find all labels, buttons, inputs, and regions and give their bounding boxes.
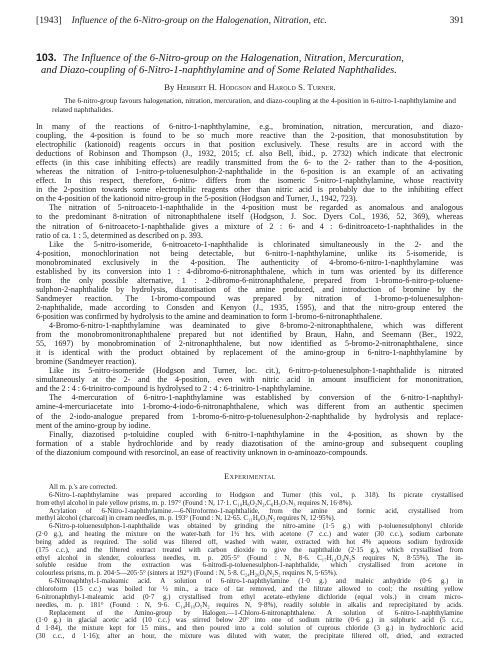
text-line: All m. p.'s are corrected. [36, 484, 463, 492]
text-line: whereas the nitration of 1-nitro-p-tolue… [36, 167, 463, 176]
text-line: 6-position was confirmed by hydrolysis t… [36, 312, 463, 321]
article-title-line-1: 103.The Influence of the 6-Nitro-group o… [36, 52, 464, 65]
section-heading-experimental: Experimental [0, 472, 500, 481]
article-number: 103. [36, 52, 57, 64]
text-line: 4-position, monochlorination not being d… [36, 249, 463, 258]
author-hodgson: Herbert H. Hodgson [177, 82, 252, 92]
text-line: from the only possible alternative, 1 : … [36, 276, 463, 285]
text-line: on the 4-position of the kationoid nitro… [36, 194, 463, 203]
text-line: in the 2-position towards some electroph… [36, 185, 463, 194]
text-line: electrophilic (kationoid) reagents occur… [36, 140, 463, 149]
text-line: effects (in this case inhibiting effects… [36, 158, 463, 167]
article-title-line-2: and Diazo-coupling of 6-Nitro-1-naphthyl… [36, 65, 464, 77]
text-line: needles, m. p. 181° (Found : N, 9·6. C₁₄… [36, 602, 463, 610]
text-line: ratio of ca. 1 : 5, determined as descri… [36, 231, 463, 240]
body-text: In many of the reactions of 6-nitro-1-na… [36, 122, 463, 457]
text-line: (1·0 g.) in glacial acetic acid (10 c.c.… [36, 617, 463, 625]
text-line: ethyl alcohol in slender, colourless nee… [36, 555, 463, 563]
text-line: established by its conversion into 1 : 4… [36, 267, 463, 276]
text-line: Like the 5-nitro-isomeride, 6-nitroaceto… [36, 240, 463, 249]
text-line: bromine (Sandmeyer reaction). [36, 357, 463, 366]
running-head-title: Influence of the 6-Nitro-group on the Ha… [72, 15, 450, 26]
text-line: 6-nitronaphthyl-1-maleamic acid (0·7 g.)… [36, 594, 463, 602]
running-head-year: [1943] [36, 15, 62, 26]
text-line: soluble residue from the extraction was … [36, 562, 463, 570]
text-line: effect. In this respect, therefore, 6-ni… [36, 176, 463, 185]
text-line: 6-Nitro-1-naphthylamine was prepared acc… [36, 492, 463, 500]
text-line: from the monobromonitronaphthalene prepa… [36, 330, 463, 339]
abstract: The 6-nitro-group favours halogenation, … [52, 97, 456, 114]
text-line: the nitration of 6-nitroaceto-1-naphthal… [36, 222, 463, 231]
text-line: monobrominated exclusively in the 4-posi… [36, 258, 463, 267]
text-line: The nitration of 5-nitroaceto-1-naphthal… [36, 203, 463, 212]
text-line: it is identical with the product obtaine… [36, 348, 463, 357]
journal-page: [1943] Influence of the 6-Nitro-group on… [0, 0, 500, 672]
text-line: 55, 1697) by monobromination of 2-nitron… [36, 339, 463, 348]
text-line: In many of the reactions of 6-nitro-1-na… [36, 122, 463, 131]
page-number: 391 [450, 15, 464, 26]
text-line: 2-naphthalide, made according to Consden… [36, 303, 463, 312]
author-byline: By Herbert H. Hodgson and Harold S. Turn… [0, 82, 500, 92]
article-title: 103.The Influence of the 6-Nitro-group o… [36, 52, 464, 77]
text-line: coupling, the 4-position is found to be … [36, 131, 463, 140]
text-line: d 1·84), the mixture kept for 15 mins., … [36, 625, 463, 633]
text-line: amine-4-mercuriacetate into 1-bromo-4-io… [36, 402, 463, 411]
text-line: 4-Bromo-6-nitro-1-naphthylamine was deam… [36, 321, 463, 330]
text-line: to the predominant 8-nitration of nitron… [36, 212, 463, 221]
text-line: Acylation of 6-Nitro-1-naphthylamine.—6-… [36, 508, 463, 516]
author-turner: Harold S. Turner. [268, 82, 335, 92]
running-head: [1943] Influence of the 6-Nitro-group on… [36, 15, 464, 27]
text-line: of the 2-iodo-analogue prepared from 1-b… [36, 412, 463, 421]
abstract-text: The 6-nitro-group favours halogenation, … [52, 97, 456, 114]
text-line: sulphon-2-naphthalide by hydrolysis, dia… [36, 285, 463, 294]
text-line: formation of a stable hydrochloride and … [36, 439, 463, 448]
text-line: (175 c.c.), and the filtered extract tre… [36, 547, 463, 555]
text-line: Finally, diazotised p-toluidine coupled … [36, 430, 463, 439]
text-line: and the 2 : 4 : 6-trinitro-compound is h… [36, 384, 463, 393]
text-line: Sandmeyer reaction. The 1-bromo-compound… [36, 294, 463, 303]
text-line: of the diazonium compound with resorcino… [36, 448, 463, 457]
experimental-text: All m. p.'s are corrected.6-Nitro-1-naph… [36, 484, 463, 641]
text-line: Like its 5-nitro-isomeride (Hodgson and … [36, 366, 463, 375]
text-line: Replacement of the Amino-group by Haloge… [36, 610, 463, 618]
text-line: 6-Nitro-p-toluenesulphon-1-naphthalide w… [36, 523, 463, 531]
text-line: (30 c.c., d 1·16); after an hour, the mi… [36, 633, 463, 641]
text-line: colourless prisms, m. p. 204·5—205·5° (s… [36, 570, 463, 578]
text-line: chloroform (15 c.c.) was boiled for ½ mi… [36, 586, 463, 594]
title-text-1: The Influence of the 6-Nitro-group on th… [63, 53, 404, 64]
text-line: 6-Nitronaphthyl-1-maleamic acid. A solut… [36, 578, 463, 586]
text-line: from ethyl alcohol in pale yellow prisms… [36, 500, 463, 508]
and-label: and [253, 82, 266, 92]
by-label: By [164, 82, 174, 92]
text-line: being added as required. The solid was f… [36, 539, 463, 547]
text-line: deductions of Robinson and Thompson (J.,… [36, 149, 463, 158]
text-line: ment of the amino-group by iodine. [36, 421, 463, 430]
text-line: methyl alcohol (charcoal) in cream needl… [36, 515, 463, 523]
text-line: (2·0 g.), and heating the mixture on the… [36, 531, 463, 539]
text-line: The 4-mercuration of 6-nitro-1-naphthyla… [36, 393, 463, 402]
text-line: simultaneously at the 2- and the 4-posit… [36, 375, 463, 384]
